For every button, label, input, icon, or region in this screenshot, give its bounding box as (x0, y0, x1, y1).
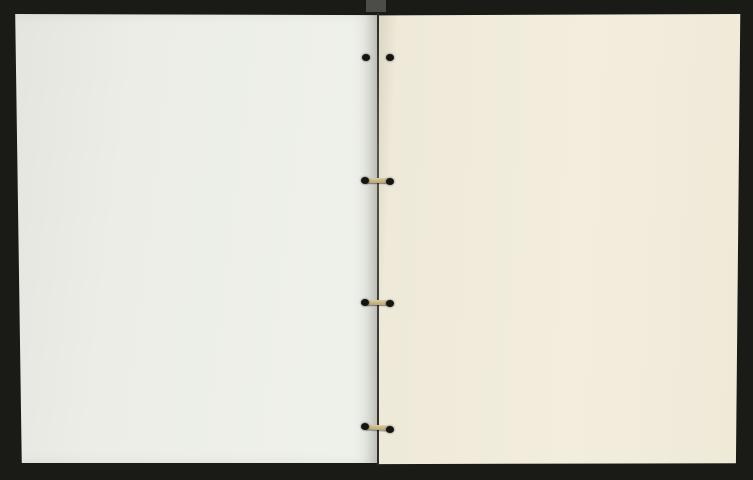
binding-hole (361, 299, 369, 306)
binding-hole (386, 54, 394, 61)
binding-hole (361, 177, 369, 184)
left-page-blank (13, 14, 378, 463)
binding-gutter (377, 13, 379, 465)
binding-hole (386, 426, 394, 433)
right-page: 463 M .80 Naissance deLaure Jeanne Malvi… (379, 14, 741, 465)
gutter-top-notch (366, 0, 386, 12)
binding-hole (361, 423, 369, 430)
scanned-register-spread: 463 M .80 Naissance deLaure Jeanne Malvi… (0, 0, 753, 480)
binding-hole (362, 54, 370, 61)
binding-hole (386, 178, 394, 185)
binding-hole (386, 300, 394, 307)
